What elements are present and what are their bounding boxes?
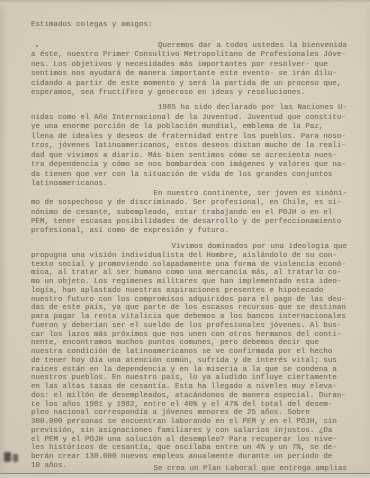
paragraph-2: 1985 ha sido declarado por las Naciones … [31, 104, 347, 190]
text-line: profesional, así como de expresión y fut… [31, 227, 347, 236]
paragraph-4: Vivimos dominados por una ideología quep… [31, 243, 347, 471]
text-line: tra dependencia y cómo se nos bombardea … [31, 161, 347, 171]
text-line: En nuestro continente, ser joven es sinó… [31, 190, 347, 199]
text-line: nuestro futuro con los compromisos adqui… [31, 296, 347, 305]
scan-edge-strip [0, 473, 370, 478]
text-line: Queremos dar a todos ustedes la bienveni… [31, 42, 347, 51]
text-line: nónimo de cesante, subempleado, estar tr… [31, 209, 347, 218]
text-line: en las altas tasas de cesantía. Esta ha … [31, 383, 347, 392]
text-line: pleo nacional correspondía a jóvenes men… [31, 409, 347, 418]
text-line: de tener hoy día una atención común, suf… [31, 357, 347, 366]
text-line: dad que vivimos a diario. Más bien senti… [31, 152, 347, 162]
text-line: mica, al tratar al ser humano como una m… [31, 269, 347, 278]
salutation: Estimados colegas y amigos: [31, 21, 152, 29]
text-line: 1985 ha sido declarado por las Naciones … [31, 104, 347, 114]
text-line: tros, jóvenes latinoamericanos, estos de… [31, 142, 347, 152]
text-line: raíces están en la dependencia y en la m… [31, 366, 347, 375]
text-line: Vivimos dominados por una ideología que [31, 243, 347, 252]
text-line: propugna una visión individualista del H… [31, 252, 347, 261]
text-line: nente, encontramos muchos puntos comunes… [31, 339, 347, 348]
text-line: das de este país, ya que parte de los es… [31, 304, 347, 313]
text-line: nuestra condición de latinoamericanos se… [31, 348, 347, 357]
text-line: 300.000 personas se encuentran laborando… [31, 418, 347, 427]
text-line: previsión, sin asignaciones familiares y… [31, 427, 347, 436]
text-line: dos: el millón de desempleados, atacándo… [31, 392, 347, 401]
text-line: mo de sospechoso y de discriminado. Ser … [31, 199, 347, 208]
text-line: nidas como el Año Internacional de la Ju… [31, 114, 347, 124]
text-line: fueron y deberían ser el sueldo de los p… [31, 322, 347, 331]
text-line: logía, han aplastado nuestras aspiracion… [31, 287, 347, 296]
ink-speck [36, 45, 38, 47]
typewritten-text-layer: Estimados colegas y amigos: Queremos dar… [0, 0, 370, 478]
text-line: te los años 1981 y 1982, entre el 40% y … [31, 401, 347, 410]
text-line: para pagar la renta vitalicia que debemo… [31, 313, 347, 322]
text-line: cidando a partir de este momento y será … [31, 80, 347, 89]
text-line: esperamos, sea fructífero y generoso en … [31, 89, 347, 98]
text-line: PEM, tener escasas posibilidades de desa… [31, 218, 347, 227]
text-line: nes. Los objetivos y necesidades más imp… [31, 61, 347, 70]
text-line: mo un objeto. Los regímenes militares qu… [31, 278, 347, 287]
paragraph-1: Queremos dar a todos ustedes la bienveni… [31, 42, 347, 98]
text-line: latinoamericanos. [31, 180, 347, 190]
text-line: nuestros pueblos. En nuestro país, lo ya… [31, 374, 347, 383]
text-line: sentimos nos ayudará de manera important… [31, 70, 347, 79]
text-line: llena de ideales y deseos de fraternidad… [31, 133, 347, 143]
text-line: les históricos de cesantía, que oscilaba… [31, 444, 347, 453]
text-line: berán crear 130.000 nuevos empleos anual… [31, 453, 347, 462]
text-line: el PEM y el POJH una solución al desempl… [31, 436, 347, 445]
text-line: car los lazos más próximos que nos unen … [31, 331, 347, 340]
text-line: a éste, nuestro Primer Consultivo Metrop… [31, 51, 347, 60]
text-line: da tienen que ver con la situación de vi… [31, 171, 347, 181]
text-line: ye una enorme porción de la población mu… [31, 123, 347, 133]
paragraph-3: En nuestro continente, ser joven es sinó… [31, 190, 347, 237]
ink-smudge [4, 452, 11, 462]
scanned-letter-page: Estimados colegas y amigos: Queremos dar… [0, 0, 370, 478]
text-line: texto social y promoviendo solapadamente… [31, 261, 347, 270]
